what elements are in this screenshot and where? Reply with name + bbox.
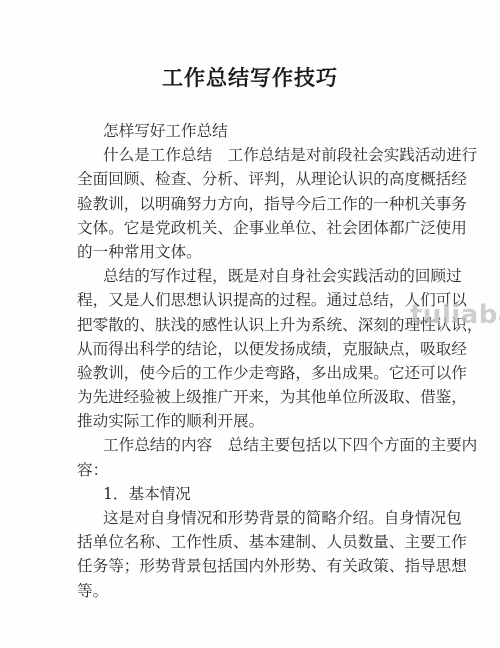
watermark: tuliaba.com [410, 300, 500, 330]
text-line: 这是对自身情况和形势背景的简略介绍。自身情况包 [77, 506, 427, 530]
text-line: 全面回顾、检查、分析、评判，从理论认识的高度概括经 [77, 167, 427, 191]
text-line: 括单位名称、工作性质、基本建制、人员数量、主要工作 [77, 530, 427, 554]
text-line: 为先进经验被上级推广开来，为其他单位所汲取、借鉴， [77, 385, 427, 409]
text-line: 从而得出科学的结论，以便发扬成绩，克服缺点，吸取经 [77, 337, 427, 361]
document-body: 怎样写好工作总结什么是工作总结 工作总结是对前段社会实践活动进行全面回顾、检查、… [77, 119, 427, 603]
text-line: 程，又是人们思想认识提高的过程。通过总结，人们可以 [77, 288, 427, 312]
text-line: 容： [77, 458, 427, 482]
text-line: 什么是工作总结 工作总结是对前段社会实践活动进行 [77, 143, 427, 167]
text-line: 的一种常用文体。 [77, 240, 427, 264]
text-line: 任务等；形势背景包括国内外形势、有关政策、指导思想 [77, 554, 427, 578]
text-line: 工作总结的内容 总结主要包括以下四个方面的主要内 [77, 433, 427, 457]
text-line: 1．基本情况 [77, 482, 427, 506]
text-line: 推动实际工作的顺利开展。 [77, 409, 427, 433]
document-page: 工作总结写作技巧 怎样写好工作总结什么是工作总结 工作总结是对前段社会实践活动进… [0, 0, 500, 648]
text-line: 怎样写好工作总结 [77, 119, 427, 143]
text-line: 总结的写作过程，既是对自身社会实践活动的回顾过 [77, 264, 427, 288]
text-line: 等。 [77, 579, 427, 603]
text-line: 文体。它是党政机关、企事业单位、社会团体都广泛使用 [77, 216, 427, 240]
text-line: 验教训，使今后的工作少走弯路，多出成果。它还可以作 [77, 361, 427, 385]
text-line: 把零散的、肤浅的感性认识上升为系统、深刻的理性认识， [77, 313, 427, 337]
document-title: 工作总结写作技巧 [0, 62, 500, 92]
text-line: 验教训，以明确努力方向，指导今后工作的一种机关事务 [77, 192, 427, 216]
